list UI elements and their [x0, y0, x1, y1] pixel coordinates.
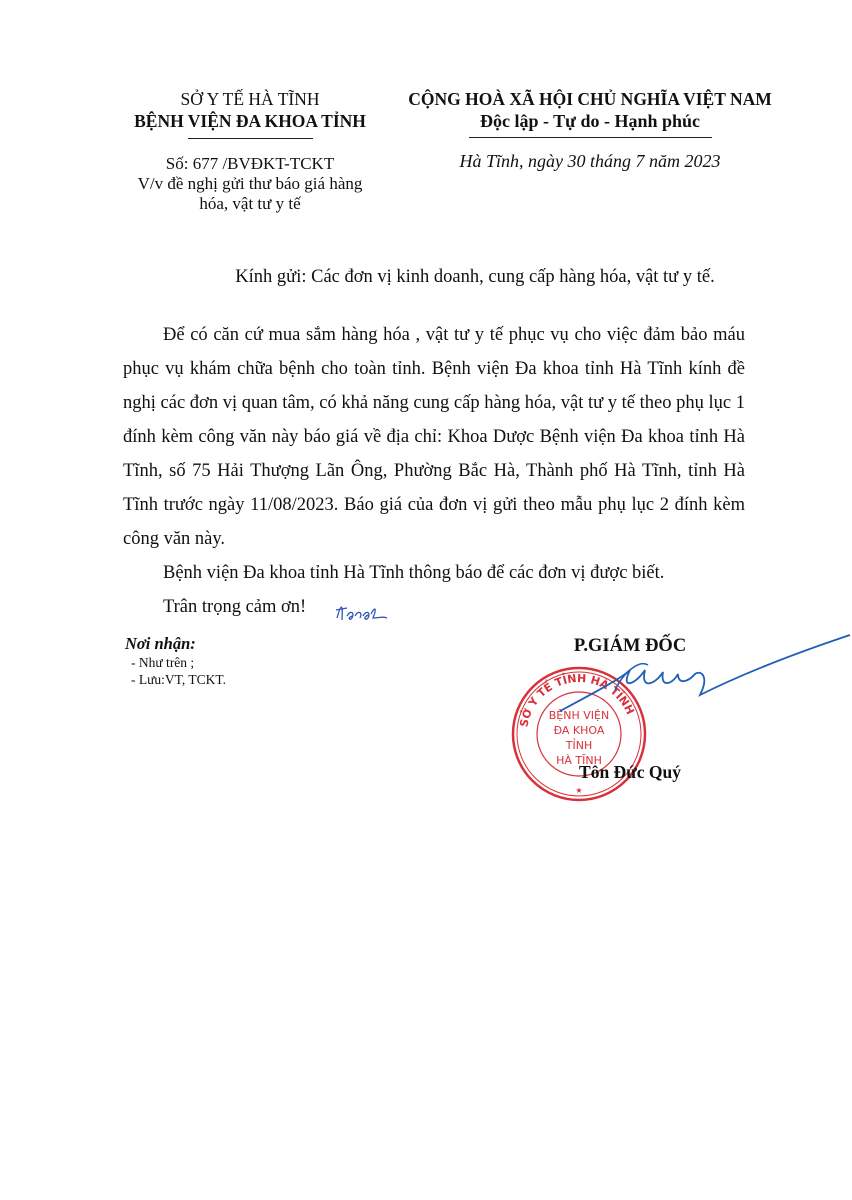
recipients-block: Nơi nhận: - Như trên ; - Lưu:VT, TCKT. — [125, 634, 375, 688]
national-title: CỘNG HOÀ XÃ HỘI CHỦ NGHĨA VIỆT NAM — [380, 88, 800, 110]
national-motto: Độc lập - Tự do - Hạnh phúc — [380, 110, 800, 132]
svg-text:★: ★ — [575, 786, 582, 795]
recipient-item: - Lưu:VT, TCKT. — [131, 671, 375, 688]
signer-name: Tôn Đức Quý — [560, 762, 700, 783]
national-header-block: CỘNG HOÀ XÃ HỘI CHỦ NGHĨA VIỆT NAM Độc l… — [380, 88, 800, 172]
divider — [469, 137, 712, 138]
divider — [188, 138, 313, 139]
handwritten-initials-icon — [333, 598, 393, 626]
subject-line-2: hóa, vật tư y tế — [100, 194, 400, 214]
agency-name: SỞ Y TẾ HÀ TĨNH — [100, 88, 400, 110]
subject-line-1: V/v đề nghị gửi thư báo giá hàng — [100, 174, 400, 194]
letter-body: Để có căn cứ mua sắm hàng hóa , vật tư y… — [123, 318, 745, 624]
recipient-item: - Như trên ; — [131, 654, 375, 671]
closing-line: Trân trọng cảm ơn! — [123, 590, 745, 624]
place-date: Hà Tĩnh, ngày 30 tháng 7 năm 2023 — [380, 150, 800, 172]
body-paragraph-2: Bệnh viện Đa khoa tỉnh Hà Tĩnh thông báo… — [123, 556, 745, 590]
recipients-title: Nơi nhận: — [125, 634, 375, 654]
handwritten-signature-icon — [560, 630, 852, 750]
organization-name: BỆNH VIỆN ĐA KHOA TỈNH — [100, 110, 400, 132]
body-paragraph-1: Để có căn cứ mua sắm hàng hóa , vật tư y… — [123, 318, 745, 556]
recipient-line: Kính gửi: Các đơn vị kinh doanh, cung cấ… — [150, 265, 800, 289]
issuing-agency-block: SỞ Y TẾ HÀ TĨNH BỆNH VIỆN ĐA KHOA TỈNH S… — [100, 88, 400, 214]
document-number: Số: 677 /BVĐKT-TCKT — [100, 154, 400, 174]
